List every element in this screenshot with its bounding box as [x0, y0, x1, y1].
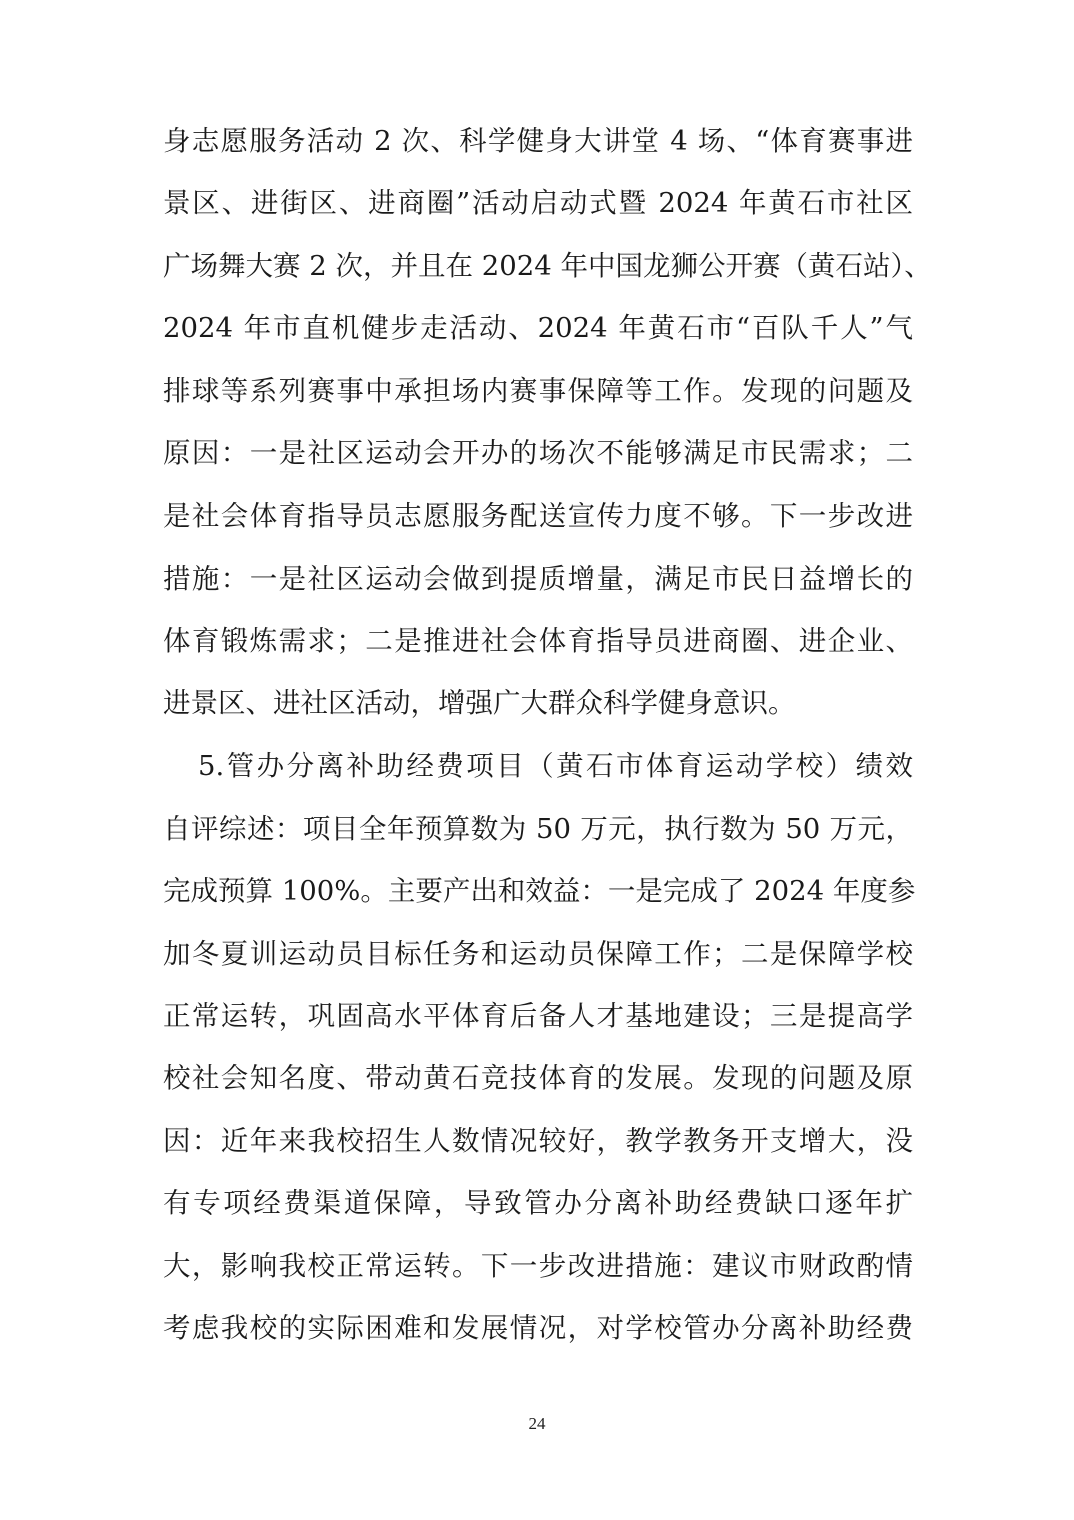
- text-line: 正常运转，巩固高水平体育后备人才基地建设；三是提高学: [163, 996, 913, 1036]
- text-line: 校社会知名度、带动黄石竞技体育的发展。发现的问题及原: [163, 1058, 913, 1098]
- section-heading-line: 5.管办分离补助经费项目（黄石市体育运动学校）绩效: [198, 746, 913, 786]
- text-line: 2024 年市直机健步走活动、2024 年黄石市“百队千人”气: [163, 308, 913, 348]
- text-line: 自评综述：项目全年预算数为 50 万元，执行数为 50 万元，: [163, 809, 913, 849]
- text-line: 有专项经费渠道保障，导致管办分离补助经费缺口逐年扩: [163, 1183, 913, 1223]
- text-line: 排球等系列赛事中承担场内赛事保障等工作。发现的问题及: [163, 371, 913, 411]
- text-line: 是社会体育指导员志愿服务配送宣传力度不够。下一步改进: [163, 496, 913, 536]
- text-line: 进景区、进社区活动，增强广大群众科学健身意识。: [163, 683, 913, 723]
- text-line: 景区、进街区、进商圈”活动启动式暨 2024 年黄石市社区: [163, 183, 913, 223]
- text-line: 因：近年来我校招生人数情况较好，教学教务开支增大，没: [163, 1121, 913, 1161]
- text-line: 措施：一是社区运动会做到提质增量，满足市民日益增长的: [163, 559, 913, 599]
- text-line: 身志愿服务活动 2 次、科学健身大讲堂 4 场、“体育赛事进: [163, 121, 913, 161]
- text-line: 考虑我校的实际困难和发展情况，对学校管办分离补助经费: [163, 1308, 913, 1348]
- text-line: 原因：一是社区运动会开办的场次不能够满足市民需求；二: [163, 433, 913, 473]
- text-line: 大，影响我校正常运转。下一步改进措施：建议市财政酌情: [163, 1246, 913, 1286]
- text-line: 加冬夏训运动员目标任务和运动员保障工作；二是保障学校: [163, 934, 913, 974]
- text-line: 广场舞大赛 2 次，并且在 2024 年中国龙狮公开赛（黄石站）、: [163, 246, 913, 286]
- page-number: 24: [0, 1414, 1074, 1434]
- text-line: 体育锻炼需求；二是推进社会体育指导员进商圈、进企业、: [163, 621, 913, 661]
- text-line: 完成预算 100%。主要产出和效益：一是完成了 2024 年度参: [163, 871, 913, 911]
- document-page: 身志愿服务活动 2 次、科学健身大讲堂 4 场、“体育赛事进 景区、进街区、进商…: [0, 0, 1074, 1520]
